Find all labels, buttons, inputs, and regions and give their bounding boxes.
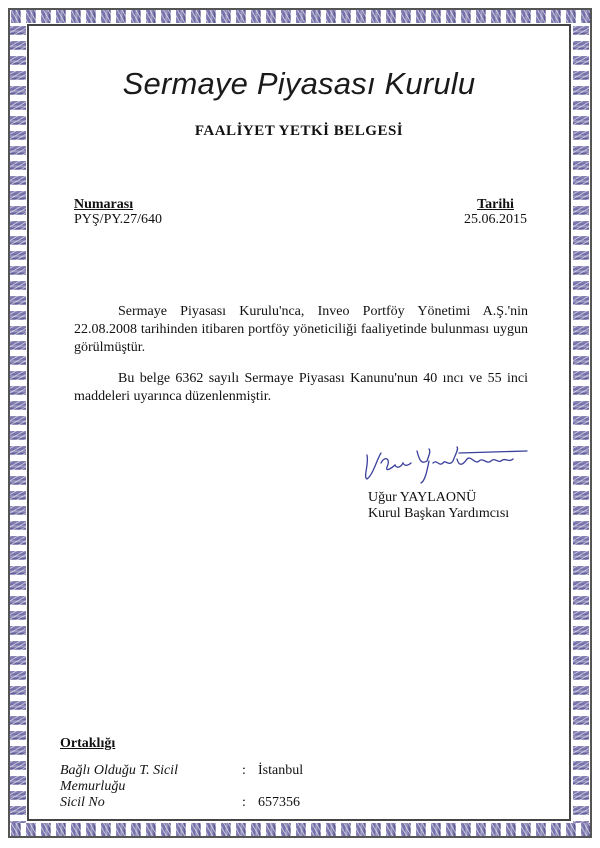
registry-info: Bağlı Olduğu T. Sicil Memurluğu : İstanb… bbox=[60, 763, 303, 811]
document-date-block: Tarihi 25.06.2015 bbox=[464, 197, 527, 227]
registry-value: İstanbul bbox=[258, 763, 303, 795]
date-label: Tarihi bbox=[464, 197, 527, 212]
decorative-border-top bbox=[10, 10, 590, 23]
paragraph-1-text: Sermaye Piyasası Kurulu'nca, Inveo Portf… bbox=[74, 304, 528, 355]
decorative-border-bottom bbox=[10, 823, 590, 836]
document-number-block: Numarası PYŞ/PY.27/640 bbox=[74, 197, 162, 227]
registry-row: Bağlı Olduğu T. Sicil Memurluğu : İstanb… bbox=[60, 763, 303, 795]
date-value: 25.06.2015 bbox=[464, 212, 527, 227]
decorative-border-left bbox=[10, 24, 26, 823]
registry-key: Bağlı Olduğu T. Sicil Memurluğu bbox=[60, 763, 230, 795]
number-value: PYŞ/PY.27/640 bbox=[74, 212, 162, 227]
registry-key: Sicil No bbox=[60, 795, 230, 811]
body-paragraph-1: Sermaye Piyasası Kurulu'nca, Inveo Portf… bbox=[74, 303, 528, 357]
signer-title: Kurul Başkan Yardımcısı bbox=[368, 506, 509, 522]
registry-separator: : bbox=[230, 795, 258, 811]
registry-value: 657356 bbox=[258, 795, 300, 811]
organization-title: Sermaye Piyasası Kurulu bbox=[29, 66, 569, 102]
registry-separator: : bbox=[230, 763, 258, 795]
handwritten-signature-icon bbox=[359, 445, 539, 485]
document-title: FAALİYET YETKİ BELGESİ bbox=[29, 123, 569, 140]
registry-row: Sicil No : 657356 bbox=[60, 795, 303, 811]
certificate-page: Sermaye Piyasası Kurulu FAALİYET YETKİ B… bbox=[29, 26, 569, 819]
company-section-label: Ortaklığı bbox=[60, 736, 115, 752]
paragraph-2-text: Bu belge 6362 sayılı Sermaye Piyasası Ka… bbox=[74, 371, 528, 404]
number-label: Numarası bbox=[74, 197, 162, 212]
signer-name: Uğur YAYLAONÜ bbox=[368, 490, 476, 506]
decorative-border-right bbox=[573, 24, 589, 823]
body-paragraph-2: Bu belge 6362 sayılı Sermaye Piyasası Ka… bbox=[74, 370, 528, 406]
